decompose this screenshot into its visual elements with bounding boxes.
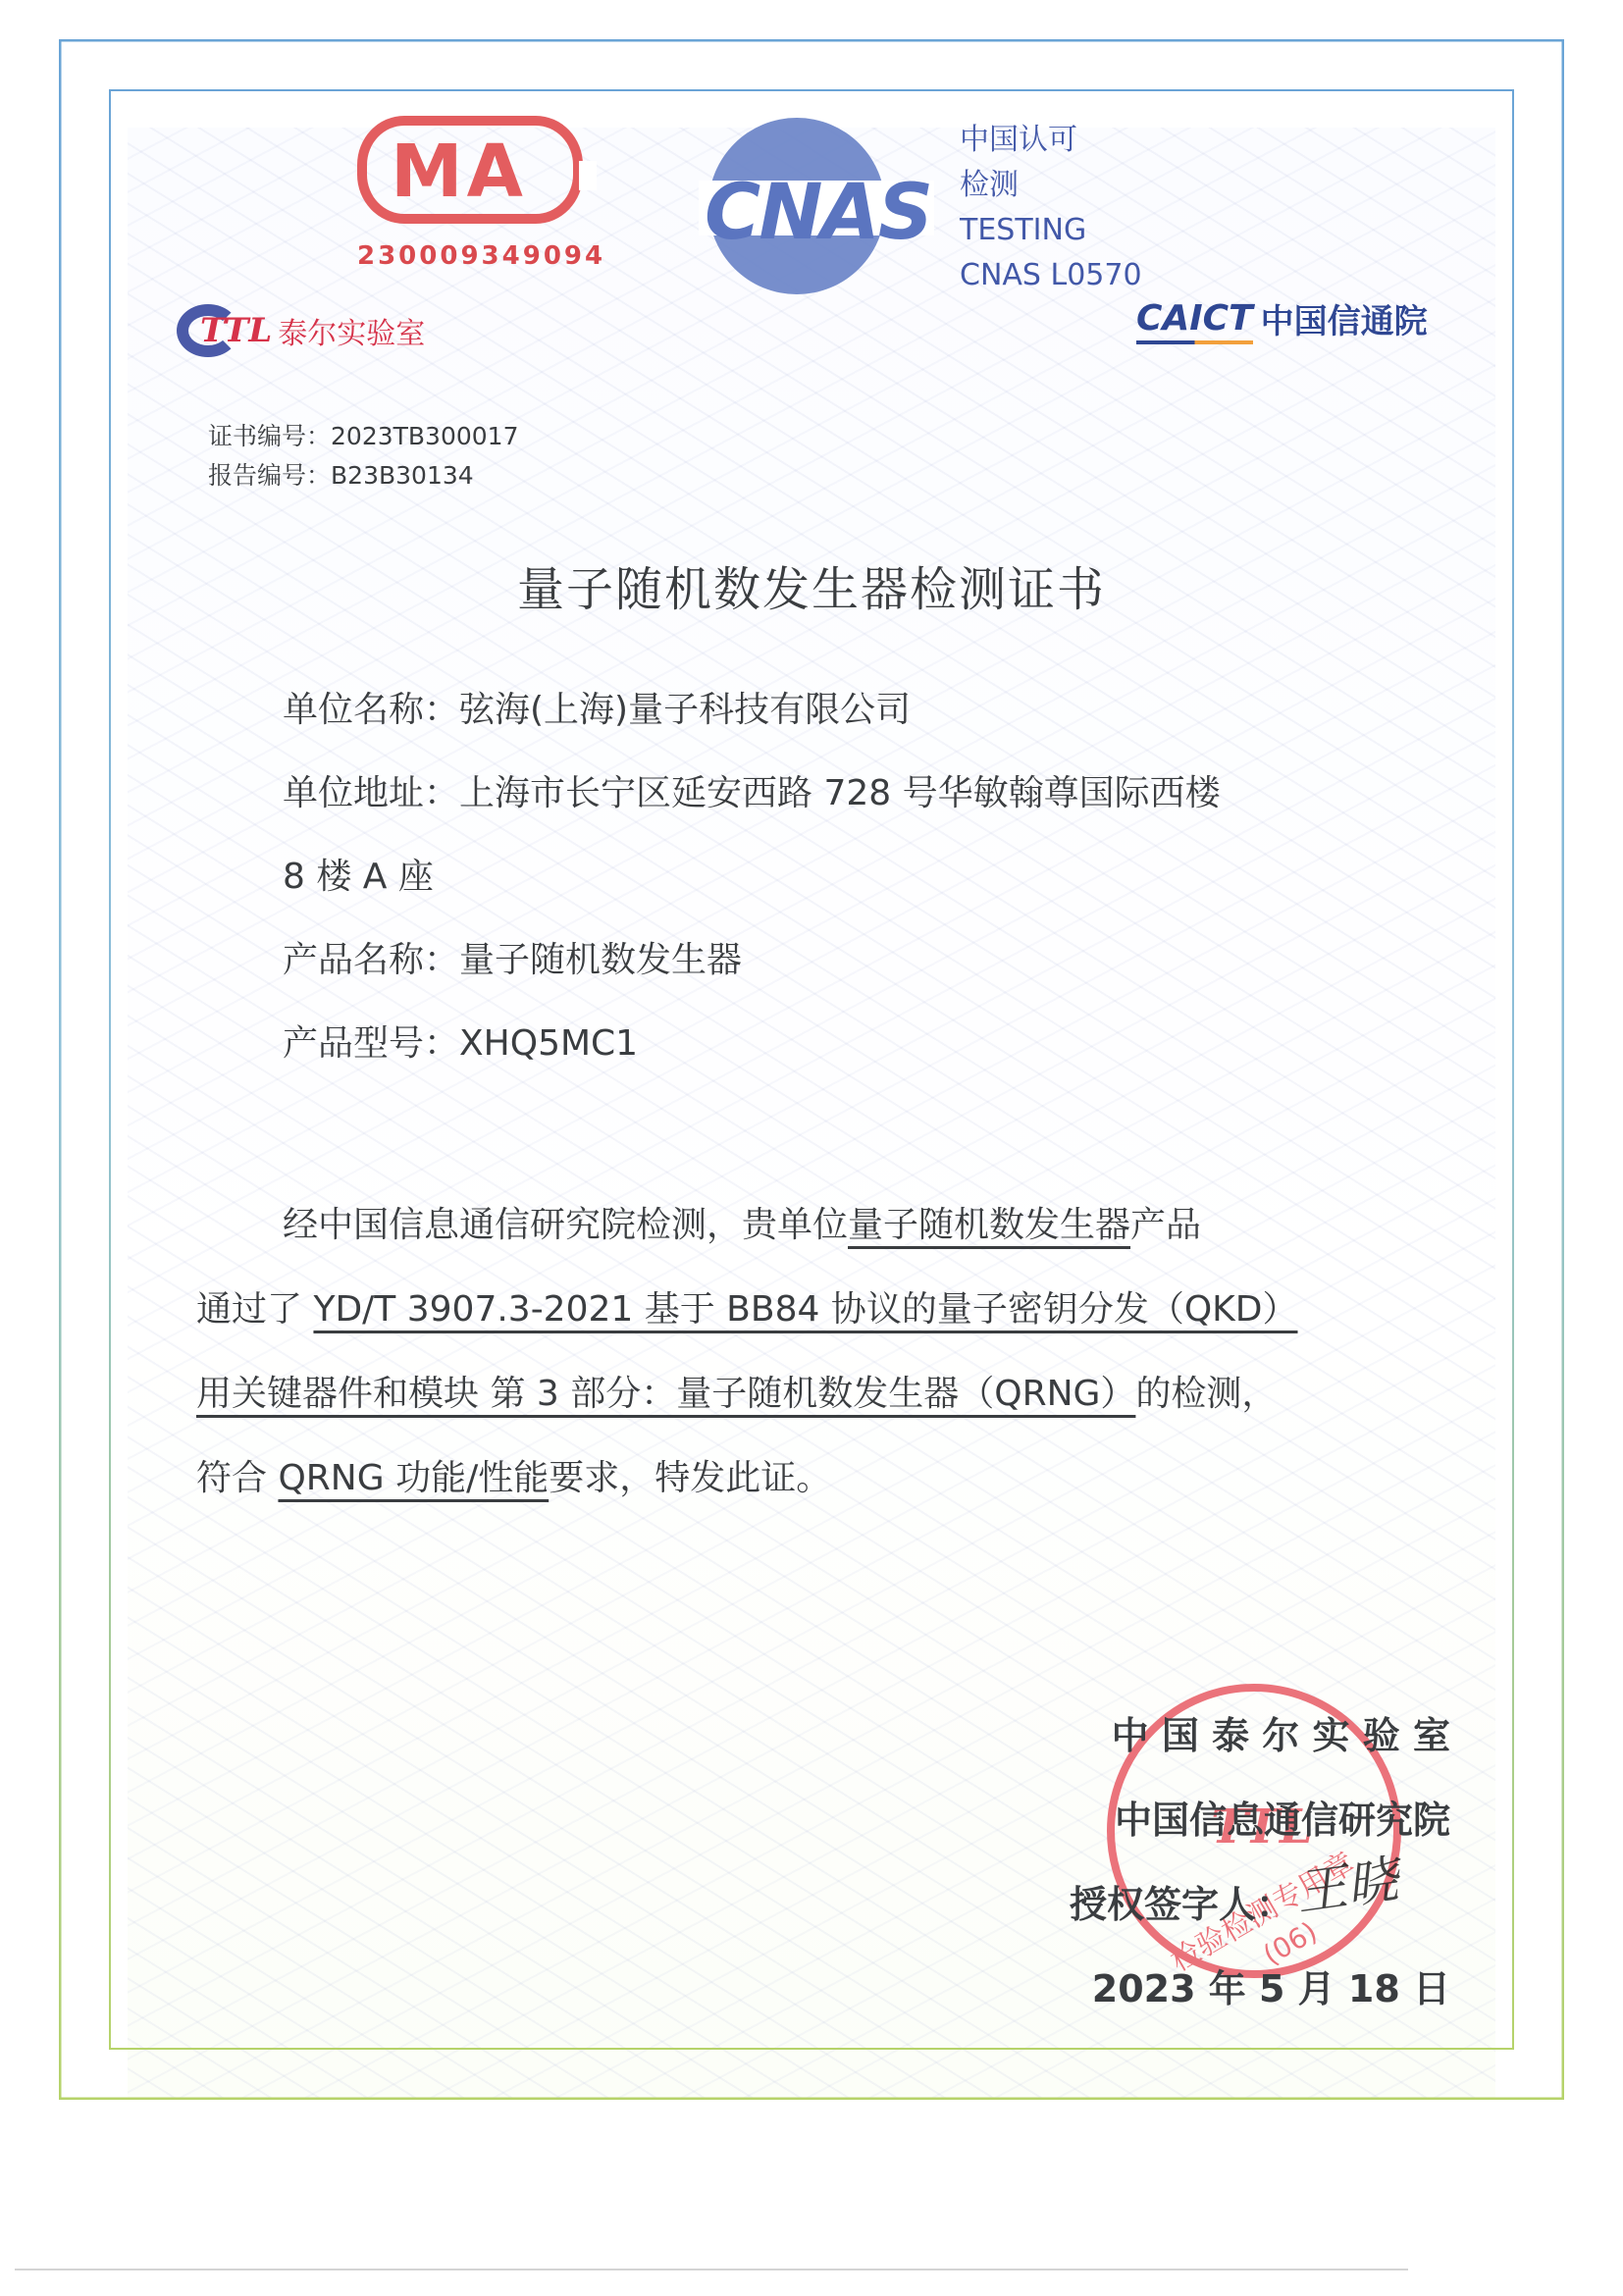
unit-name: 弦海(上海)量子科技有限公司 [459, 690, 911, 730]
ttl-logo: TTL 泰尔实验室 [177, 304, 425, 357]
product-model-row: 产品型号：XHQ5MC1 [283, 1016, 1221, 1099]
cnas-line-testing-cn: 检测 [960, 163, 1142, 208]
statement-text: 的检测， [1135, 1374, 1277, 1414]
statement-standard-underlined: 用关键器件和模块 第 3 部分：量子随机数发生器（QRNG） [196, 1374, 1135, 1414]
statement-line-1: 经中国信息通信研究院检测，贵单位量子随机数发生器产品 [196, 1197, 1452, 1281]
statement-line-2: 通过了 YD/T 3907.3-2021 基于 BB84 协议的量子密钥分发（Q… [196, 1281, 1452, 1366]
cma-frame-gap [579, 161, 597, 190]
caict-mark: CAICT [1136, 298, 1253, 339]
unit-address-line2: 8 楼 A 座 [283, 857, 434, 897]
unit-name-label: 单位名称： [283, 690, 459, 730]
statement-standard-underlined: YD/T 3907.3-2021 基于 BB84 协议的量子密钥分发（QKD） [313, 1289, 1297, 1330]
statement-text: 经中国信息通信研究院检测，贵单位 [283, 1205, 848, 1245]
product-name: 量子随机数发生器 [459, 940, 742, 980]
cnas-logo: CNAS [699, 110, 944, 306]
statement-line-3: 用关键器件和模块 第 3 部分：量子随机数发生器（QRNG）的检测， [196, 1366, 1452, 1450]
certificate-number-label: 证书编号： [208, 422, 331, 450]
statement-text: 通过了 [196, 1289, 313, 1330]
product-name-row: 产品名称：量子随机数发生器 [283, 932, 1221, 1016]
unit-name-row: 单位名称：弦海(上海)量子科技有限公司 [283, 682, 1221, 765]
cnas-info: 中国认可 检测 TESTING CNAS L0570 [960, 118, 1142, 298]
cnas-line-number: CNAS L0570 [960, 253, 1142, 298]
statement-line-4: 符合 QRNG 功能/性能要求，特发此证。 [196, 1450, 1452, 1535]
statement-text: 产品 [1130, 1205, 1201, 1245]
certificate-title: 量子随机数发生器检测证书 [0, 551, 1623, 619]
statement-text: 要求，特发此证。 [549, 1458, 831, 1498]
cma-logo: MA 230009349094 [357, 116, 593, 273]
page-edge-line [15, 2269, 1408, 2270]
unit-address-label: 单位地址： [283, 773, 459, 813]
certificate-fields: 单位名称：弦海(上海)量子科技有限公司 单位地址：上海市长宁区延安西路 728 … [283, 682, 1221, 1099]
handwritten-signature: 王晓 [1290, 1838, 1401, 1925]
certificate-identifiers: 证书编号：2023TB300017 报告编号：B23B30134 [208, 417, 519, 496]
cnas-line-testing: TESTING [960, 208, 1142, 253]
issue-date: 2023 年 5 月 18 日 [1070, 1958, 1450, 2043]
certificate-number-row: 证书编号：2023TB300017 [208, 417, 519, 456]
cma-number: 230009349094 [357, 241, 605, 271]
ttl-name: 泰尔实验室 [278, 309, 425, 352]
unit-address-continuation: 8 楼 A 座 [283, 849, 1221, 932]
unit-address-row: 单位地址：上海市长宁区延安西路 728 号华敏翰尊国际西楼 [283, 765, 1221, 849]
caict-logo: CAICT 中国信通院 [1136, 294, 1428, 342]
report-number-row: 报告编号：B23B30134 [208, 456, 519, 496]
statement-product-underlined: 量子随机数发生器 [848, 1205, 1130, 1245]
report-number: B23B30134 [331, 461, 474, 490]
cma-letters: MA [391, 130, 527, 214]
cnas-line-cn-accredited: 中国认可 [960, 118, 1142, 163]
statement-requirement-underlined: QRNG 功能/性能 [278, 1458, 549, 1498]
certificate-number: 2023TB300017 [331, 422, 518, 450]
certification-statement: 经中国信息通信研究院检测，贵单位量子随机数发生器产品 通过了 YD/T 3907… [196, 1197, 1452, 1535]
product-model-label: 产品型号： [283, 1023, 459, 1064]
product-name-label: 产品名称： [283, 940, 459, 980]
ttl-mark: TTL [200, 311, 272, 350]
product-model: XHQ5MC1 [459, 1023, 638, 1064]
issuer-ttl: 中 国 泰 尔 实 验 室 [1070, 1705, 1450, 1790]
cnas-mark: CNAS [705, 169, 931, 257]
statement-text: 符合 [196, 1458, 278, 1498]
report-number-label: 报告编号： [208, 461, 331, 490]
caict-name: 中国信通院 [1261, 294, 1428, 342]
unit-address-line1: 上海市长宁区延安西路 728 号华敏翰尊国际西楼 [459, 773, 1221, 813]
